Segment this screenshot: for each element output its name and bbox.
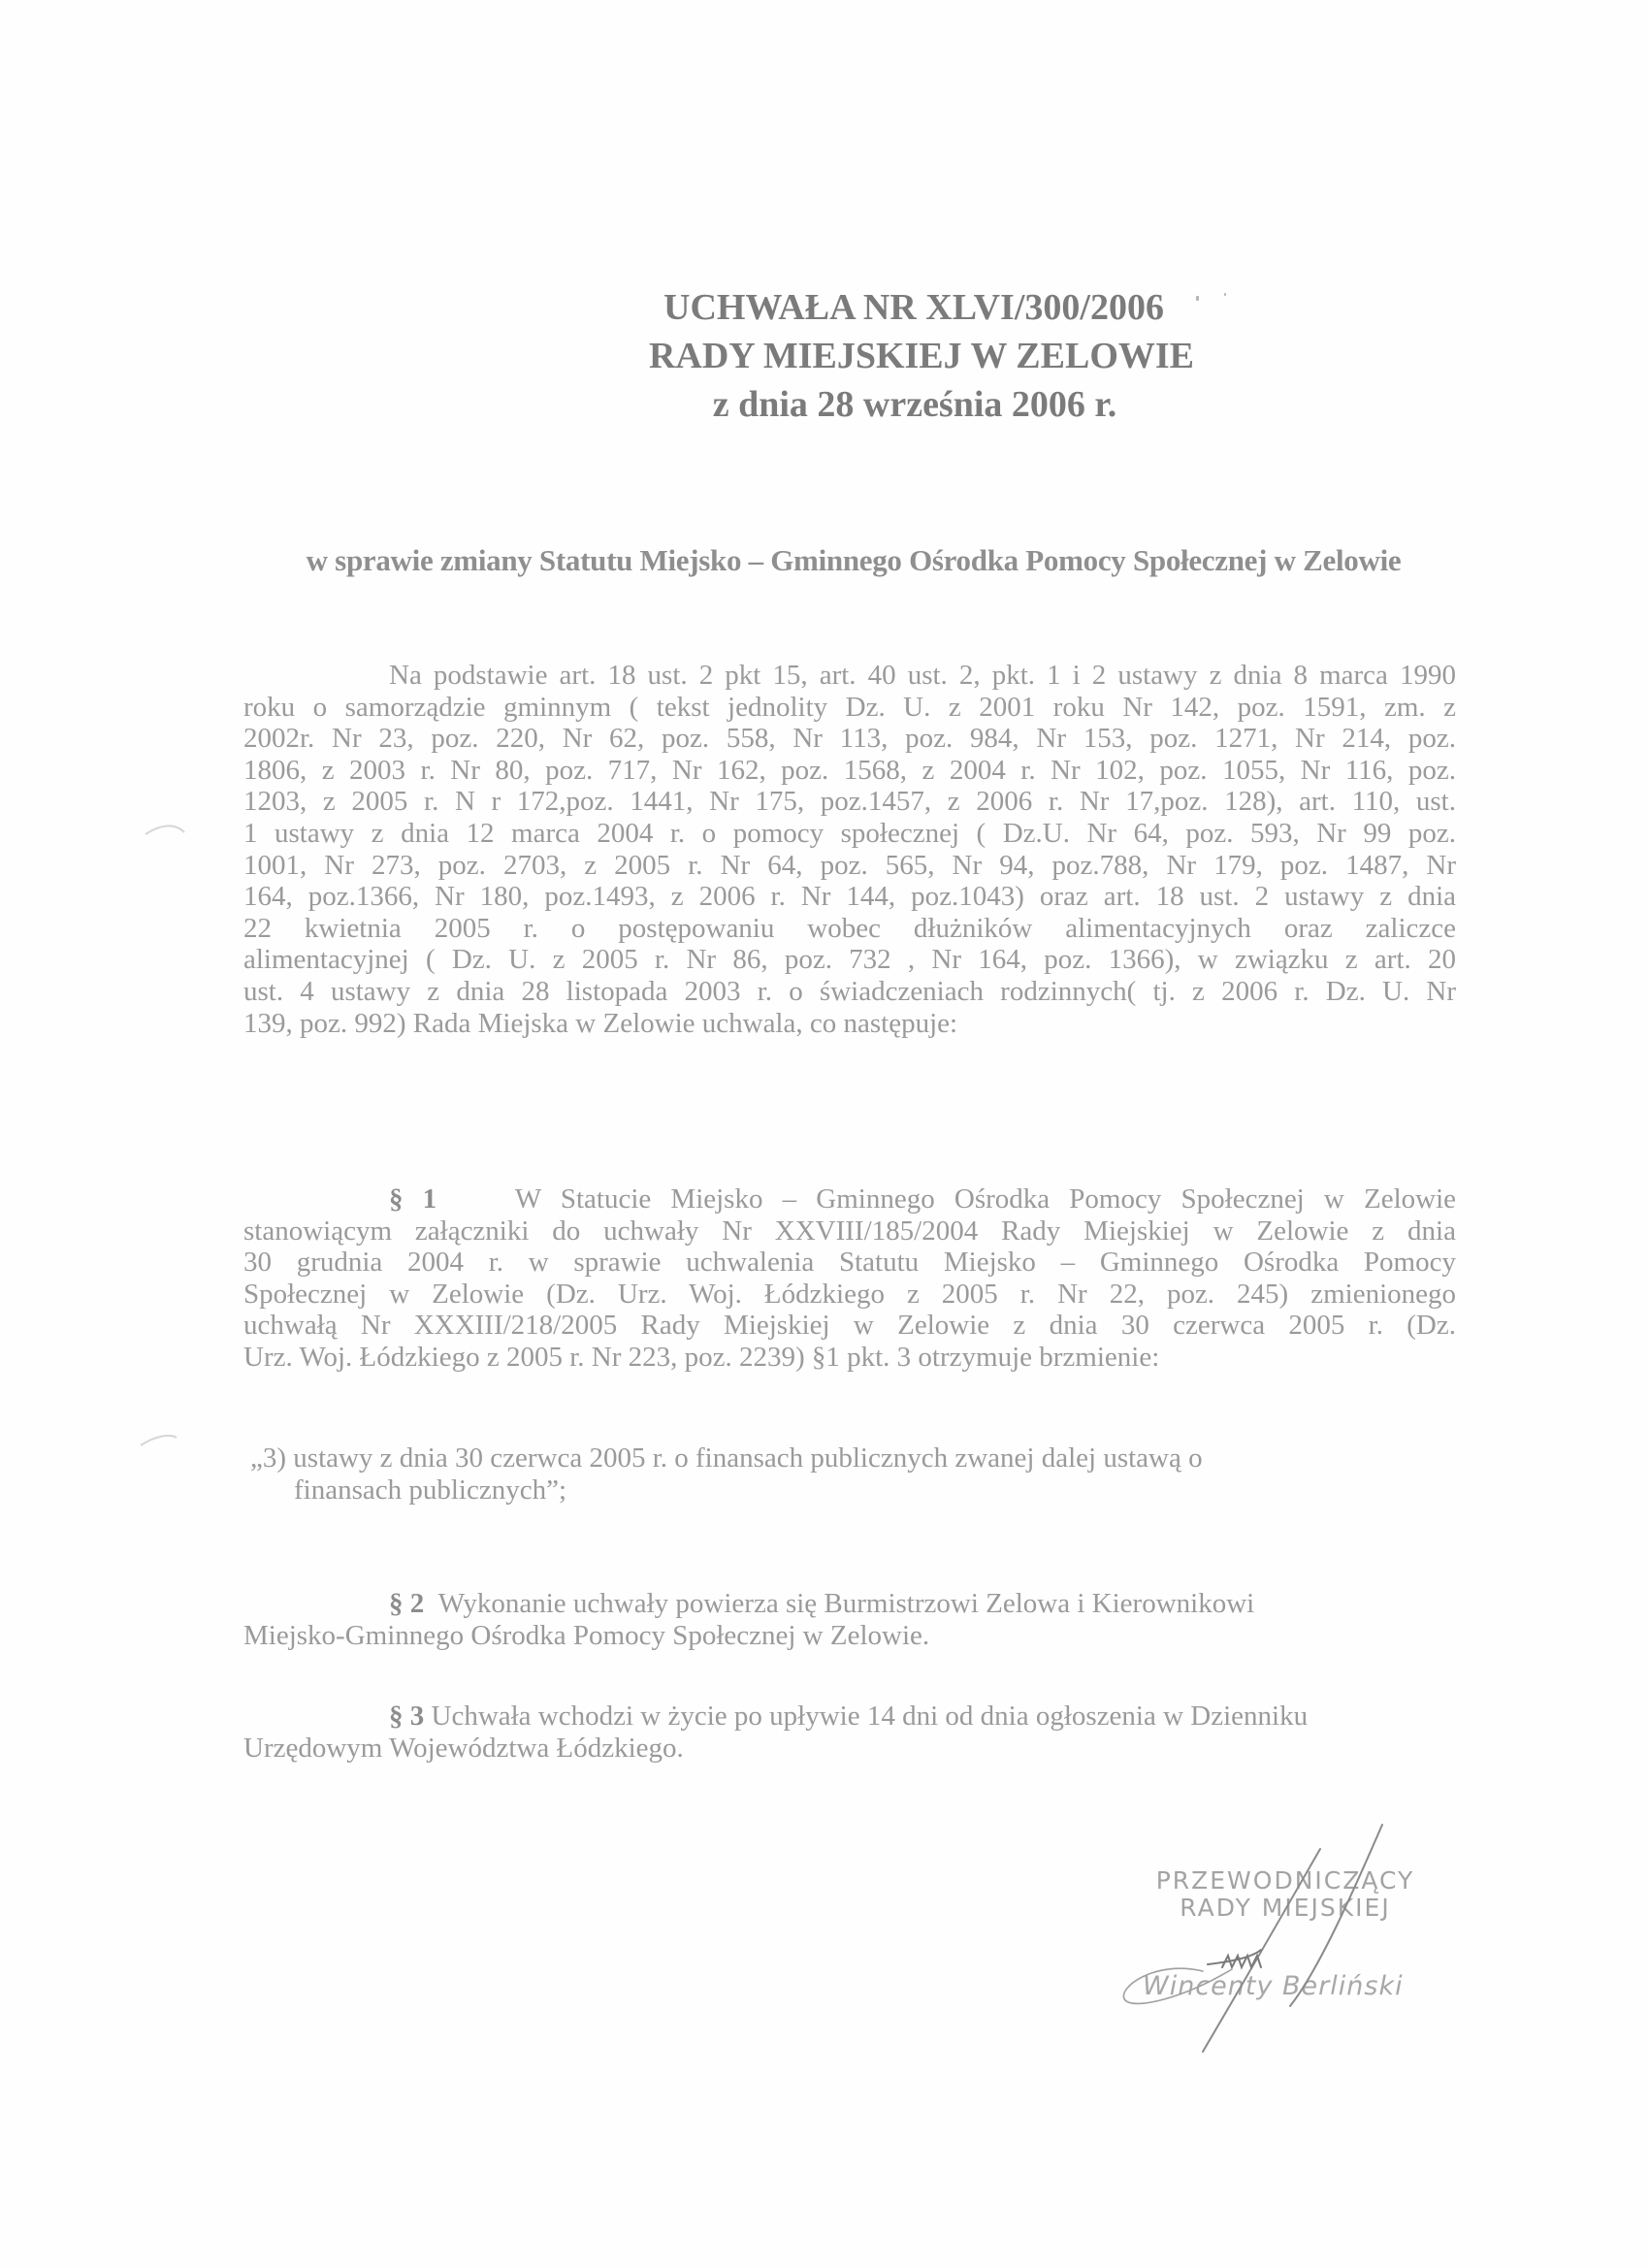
amended-text-quote: „3) ustawy z dnia 30 czerwca 2005 r. o f…: [250, 1442, 1203, 1507]
section-1-line: 30 grudnia 2004 r. w sprawie uchwalenia …: [243, 1247, 1456, 1279]
scan-speck: [1224, 293, 1226, 296]
section-1-line: § 1 W Statucie Miejsko – Gminnego Ośrodk…: [243, 1183, 1456, 1215]
resolution-title: UCHWAŁA NR XLVI/300/2006 RADY MIEJSKIEJ …: [582, 283, 1261, 429]
section-mark: § 3: [389, 1701, 424, 1732]
section-1-line: stanowiącym załączniki do uchwały Nr XXV…: [243, 1215, 1456, 1247]
section-1: § 1 W Statucie Miejsko – Gminnego Ośrodk…: [243, 1183, 1456, 1374]
resolution-subject: w sprawie zmiany Statutu Miejsko – Gminn…: [242, 543, 1465, 578]
section-3-line: § 3 Uchwała wchodzi w życie po upływie 1…: [243, 1701, 1456, 1733]
preamble-line: Na podstawie art. 18 ust. 2 pkt 15, art.…: [243, 660, 1456, 692]
document-page: UCHWAŁA NR XLVI/300/2006 RADY MIEJSKIEJ …: [0, 0, 1649, 2268]
section-1-line: Społecznej w Zelowie (Dz. Urz. Woj. Łódz…: [243, 1279, 1456, 1311]
stamp-signatory-name: Wincenty Berliński: [1143, 1971, 1404, 2001]
preamble-line: ust. 4 ustawy z dnia 28 listopada 2003 r…: [243, 976, 1456, 1008]
section-2: § 2 Wykonanie uchwały powierza się Burmi…: [243, 1588, 1456, 1651]
section-mark: § 2: [389, 1588, 424, 1619]
section-mark: § 1: [389, 1183, 436, 1215]
resolution-number: UCHWAŁA NR XLVI/300/2006: [566, 283, 1261, 332]
section-2-line: § 2 Wykonanie uchwały powierza się Burmi…: [243, 1588, 1456, 1620]
resolution-date: z dnia 28 września 2006 r.: [568, 380, 1261, 429]
preamble-line: 2002r. Nr 23, poz. 220, Nr 62, poz. 558,…: [243, 723, 1456, 755]
section-1-line: Urz. Woj. Łódzkiego z 2005 r. Nr 223, po…: [243, 1342, 1456, 1374]
section-3: § 3 Uchwała wchodzi w życie po upływie 1…: [243, 1701, 1456, 1764]
section-2-line: Miejsko-Gminnego Ośrodka Pomocy Społeczn…: [243, 1620, 1456, 1652]
council-name: RADY MIEJSKIEJ W ZELOWIE: [582, 332, 1261, 380]
preamble-line: 1203, z 2005 r. N r 172,poz. 1441, Nr 17…: [243, 786, 1456, 818]
scan-speck: [1196, 296, 1199, 301]
preamble: Na podstawie art. 18 ust. 2 pkt 15, art.…: [243, 660, 1456, 1039]
preamble-line: 1806, z 2003 r. Nr 80, poz. 717, Nr 162,…: [243, 755, 1456, 787]
preamble-line: 1 ustawy z dnia 12 marca 2004 r. o pomoc…: [243, 818, 1456, 850]
preamble-line: 164, poz.1366, Nr 180, poz.1493, z 2006 …: [243, 881, 1456, 913]
preamble-line: roku o samorządzie gminnym ( tekst jedno…: [243, 692, 1456, 724]
stamp-council: RADY MIEJSKIEJ: [1125, 1895, 1445, 1922]
preamble-line: 139, poz. 992) Rada Miejska w Zelowie uc…: [243, 1008, 1456, 1040]
section-3-line: Urzędowym Województwa Łódzkiego.: [243, 1733, 1456, 1765]
preamble-line: 1001, Nr 273, poz. 2703, z 2005 r. Nr 64…: [243, 850, 1456, 882]
preamble-line: alimentacyjnej ( Dz. U. z 2005 r. Nr 86,…: [243, 944, 1456, 976]
chairman-stamp: PRZEWODNICZĄCY RADY MIEJSKIEJ: [1125, 1867, 1445, 1922]
quote-line: finansach publicznych”;: [250, 1474, 1203, 1507]
preamble-line: 22 kwietnia 2005 r. o postępowaniu wobec…: [243, 913, 1456, 945]
stamp-title: PRZEWODNICZĄCY: [1125, 1867, 1445, 1895]
quote-line: „3) ustawy z dnia 30 czerwca 2005 r. o f…: [250, 1442, 1203, 1474]
section-1-line: uchwałą Nr XXXIII/218/2005 Rady Miejskie…: [243, 1310, 1456, 1342]
